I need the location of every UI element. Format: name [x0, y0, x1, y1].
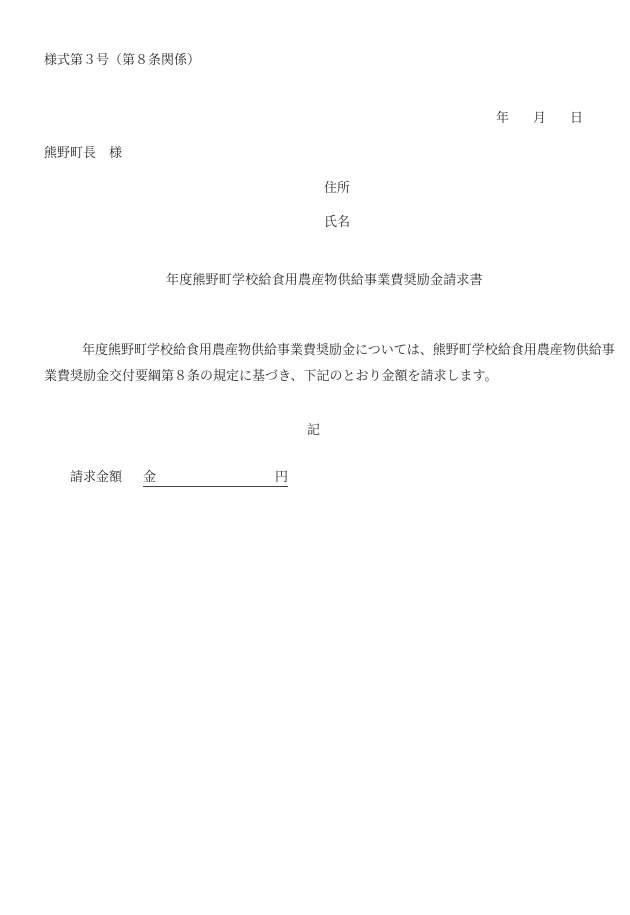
addressee-name: 熊野町長: [44, 146, 96, 161]
date-year-label: 年: [496, 112, 533, 125]
body-text-line-2: 業費奨励金交付要綱第８条の規定に基づき、下記のとおり金額を請求します。: [44, 370, 497, 383]
claim-amount-prefix: 金: [143, 471, 156, 484]
date-day-label: 日: [570, 112, 583, 125]
applicant-address-label: 住所: [324, 182, 350, 195]
document-title: 年度熊野町学校給食用農産物供給事業費奨励金請求書: [166, 274, 483, 287]
ki-heading: 記: [307, 424, 320, 437]
date-field: 年 月 日: [496, 112, 583, 125]
date-month-label: 月: [533, 112, 570, 125]
claim-amount-suffix: 円: [275, 471, 288, 484]
applicant-name-label: 氏名: [324, 216, 350, 229]
addressee-honorific: 様: [109, 146, 122, 161]
claim-amount-field: 金 円: [143, 471, 288, 487]
form-number: 様式第３号（第８条関係）: [44, 54, 200, 67]
claim-amount-label: 請求金額: [70, 471, 122, 484]
addressee: 熊野町長様: [44, 147, 122, 160]
body-text-line-1: 年度熊野町学校給食用農産物供給事業費奨励金については、熊野町学校給食用農産物供給…: [82, 344, 615, 357]
